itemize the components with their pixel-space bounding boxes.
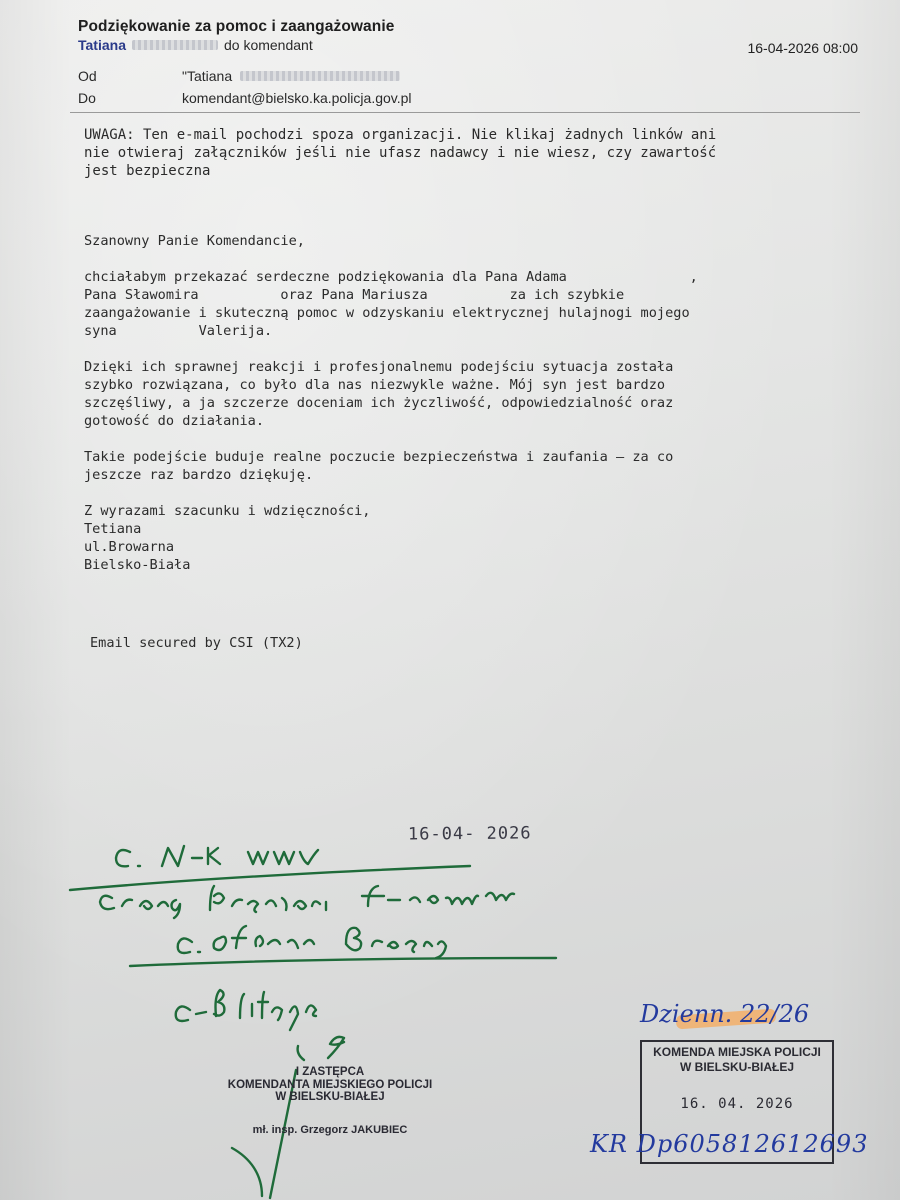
redacted-surname [132, 40, 218, 50]
paragraph-line: Pana Sławomira oraz Pana Mariusza za ich… [84, 286, 854, 304]
from-value: "Tatiana [182, 68, 232, 84]
to-label: Do [78, 90, 182, 106]
email-meta: Od "Tatiana Do komendant@bielsko.ka.poli… [78, 65, 818, 109]
paragraph-line: Takie podejście buduje realne poczucie b… [84, 448, 854, 466]
blue-ink-register-note: Dzienn. 22/26 [640, 1000, 809, 1028]
signature-title-line: KOMENDANTA MIEJSKIEGO POLICJI [200, 1079, 460, 1092]
paragraph-line: gotowość do działania. [84, 412, 854, 430]
signature-name: mł. insp. Grzegorz JAKUBIEC [200, 1124, 460, 1136]
closing-line: ul.Browarna [84, 538, 854, 556]
stamp-line2: W BIELSKU-BIAŁEJ [642, 1060, 832, 1074]
signature-block: I ZASTĘPCA KOMENDANTA MIEJSKIEGO POLICJI… [200, 1066, 460, 1104]
stamp-date: 16. 04. 2026 [642, 1096, 832, 1112]
meta-row-from: Od "Tatiana [78, 65, 818, 87]
received-date-stamp: 16-04- 2026 [408, 823, 532, 844]
greeting: Szanowny Panie Komendancie, [84, 232, 854, 250]
closing-line: Z wyrazami szacunku i wdzięczności, [84, 502, 854, 520]
email-body: UWAGA: Ten e-mail pochodzi spoza organiz… [84, 126, 854, 574]
paragraph-line: jeszcze raz bardzo dziękuję. [84, 466, 854, 484]
stamp-line1: KOMENDA MIEJSKA POLICJI [642, 1045, 832, 1059]
warning-line: UWAGA: Ten e-mail pochodzi spoza organiz… [84, 126, 854, 144]
email-from-line: Tatiana do komendant [78, 37, 858, 53]
sender-name: Tatiana [78, 37, 126, 53]
warning-line: jest bezpieczna [84, 162, 854, 180]
meta-row-to: Do komendant@bielsko.ka.policja.gov.pl [78, 87, 818, 109]
paragraph-line: szczęśliwy, a ja szczerze doceniam ich ż… [84, 394, 854, 412]
to-value: komendant@bielsko.ka.policja.gov.pl [182, 90, 412, 106]
paragraph-line: chciałabym przekazać serdeczne podziękow… [84, 268, 854, 286]
warning-line: nie otwieraj załączników jeśli nie ufasz… [84, 144, 854, 162]
paragraph-line: szybko rozwiązana, co było dla nas niezw… [84, 376, 854, 394]
signature-title-line: I ZASTĘPCA [200, 1066, 460, 1079]
email-header: Podziękowanie za pomoc i zaangażowanie T… [78, 18, 858, 53]
header-divider [70, 112, 860, 113]
from-label: Od [78, 68, 182, 84]
paragraph-line: zaangażowanie i skuteczną pomoc w odzysk… [84, 304, 854, 322]
blue-ink-case-number: KR Dp605812612693 [590, 1130, 868, 1158]
recipient-short: do komendant [224, 37, 313, 53]
redacted-sender [240, 71, 400, 81]
closing-line: Tetiana [84, 520, 854, 538]
email-subject: Podziękowanie za pomoc i zaangażowanie [78, 18, 858, 36]
signature-title-line: W BIELSKU-BIAŁEJ [200, 1091, 460, 1104]
email-security-footer: Email secured by CSI (TX2) [90, 635, 303, 651]
paragraph-line: syna Valerija. [84, 322, 854, 340]
email-date: 16-04-2026 08:00 [747, 40, 858, 56]
closing-line: Bielsko-Biała [84, 556, 854, 574]
paragraph-line: Dzięki ich sprawnej reakcji i profesjona… [84, 358, 854, 376]
